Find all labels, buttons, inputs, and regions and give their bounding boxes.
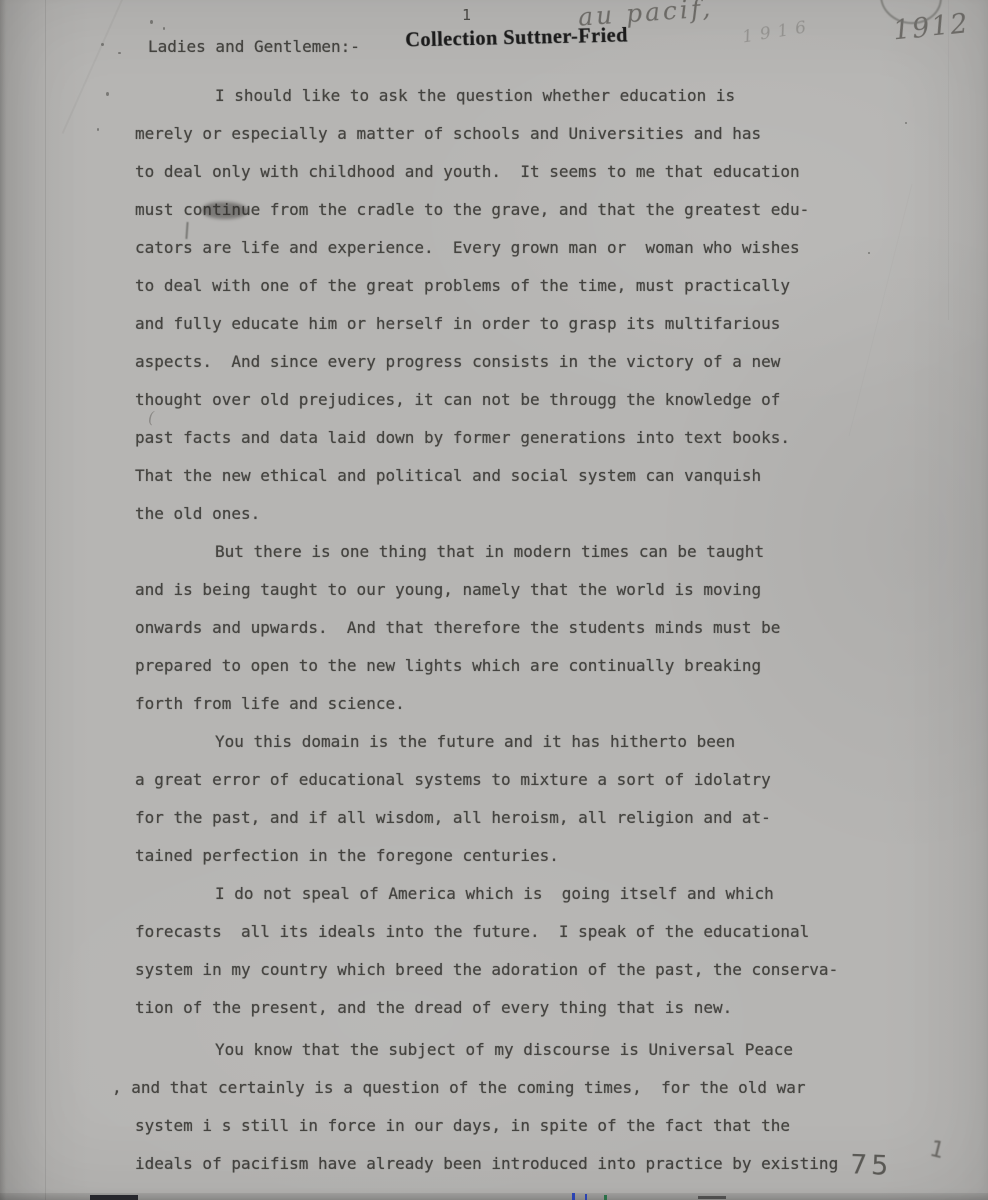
stray-comma-mark: ( xyxy=(148,408,154,427)
typewritten-line: But there is one thing that in modern ti… xyxy=(215,542,764,562)
typewritten-line: forecasts all its ideals into the future… xyxy=(135,922,809,942)
scan-artifact-blue-1 xyxy=(572,1193,575,1200)
typewritten-line: forth from life and science. xyxy=(135,694,405,714)
typewritten-line: to deal only with childhood and youth. I… xyxy=(135,162,800,182)
paper-speck xyxy=(150,20,153,24)
typewritten-line: tained perfection in the foregone centur… xyxy=(135,846,559,866)
typewritten-line: I do not speal of America which is going… xyxy=(215,884,774,904)
scan-artifact-dark xyxy=(90,1195,138,1200)
bottom-scan-strip xyxy=(0,1193,988,1200)
typewritten-line: for the past, and if all wisdom, all her… xyxy=(135,808,771,828)
paper-speck xyxy=(905,122,907,124)
typewritten-line: a great error of educational systems to … xyxy=(135,770,771,790)
typewritten-line: You know that the subject of my discours… xyxy=(215,1040,793,1060)
scan-artifact-blue-2 xyxy=(585,1194,587,1200)
paper-speck xyxy=(97,128,99,131)
typewritten-line: , and that certainly is a question of th… xyxy=(112,1078,806,1098)
typewritten-line: system i s still in force in our days, i… xyxy=(135,1116,790,1136)
pencil-number-75: 75 xyxy=(849,1149,892,1181)
ink-smudge xyxy=(202,202,248,219)
typewritten-line: You this domain is the future and it has… xyxy=(215,732,735,752)
document-text: I should like to ask the question whethe… xyxy=(0,0,988,1200)
typewritten-line: onwards and upwards. And that therefore … xyxy=(135,618,780,638)
paper-speck xyxy=(868,252,870,254)
paper-speck xyxy=(101,43,104,46)
scanned-page: { "page": { "number": "1", "stamp": "Col… xyxy=(0,0,988,1200)
typewritten-line: merely or especially a matter of schools… xyxy=(135,124,761,144)
typewritten-line: tion of the present, and the dread of ev… xyxy=(135,998,732,1018)
paper-speck xyxy=(163,27,165,30)
typewritten-line: That the new ethical and political and s… xyxy=(135,466,761,486)
typewritten-line: cators are life and experience. Every gr… xyxy=(135,238,800,258)
typewritten-line: prepared to open to the new lights which… xyxy=(135,656,761,676)
typewritten-line: past facts and data laid down by former … xyxy=(135,428,790,448)
typewritten-line: system in my country which breed the ado… xyxy=(135,960,838,980)
typewritten-line: to deal with one of the great problems o… xyxy=(135,276,790,296)
scan-artifact-gray xyxy=(698,1196,726,1199)
typewritten-line: and is being taught to our young, namely… xyxy=(135,580,761,600)
typewritten-line: ideals of pacifism have already been int… xyxy=(135,1154,838,1174)
typewritten-line: and fully educate him or herself in orde… xyxy=(135,314,780,334)
typewritten-line: I should like to ask the question whethe… xyxy=(215,86,735,106)
paper-speck xyxy=(118,52,121,54)
typewritten-line: thought over old prejudices, it can not … xyxy=(135,390,780,410)
typewritten-line: the old ones. xyxy=(135,504,260,524)
typewritten-line: aspects. And since every progress consis… xyxy=(135,352,780,372)
scan-artifact-green xyxy=(604,1195,607,1200)
paper-speck xyxy=(106,92,109,96)
